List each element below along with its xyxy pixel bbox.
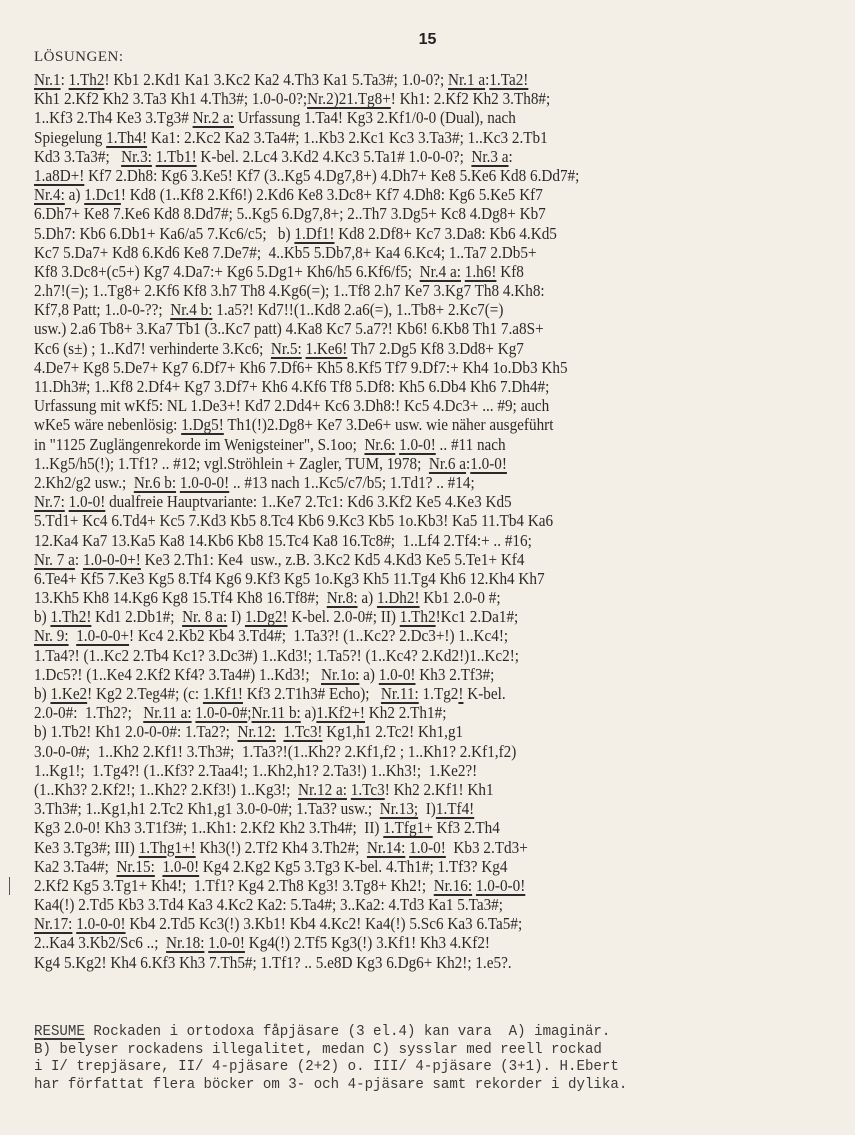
underlined-key-move: Nr.16:: [434, 876, 472, 895]
underlined-key-move: Nr.4:: [34, 185, 65, 204]
underlined-key-move: Nr.13;: [380, 799, 418, 818]
solution-line: Nr.1: 1.Th2! Kb1 2.Kd1 Ka1 3.Kc2 Ka2 4.T…: [34, 70, 839, 89]
text-run: 2.0-0#: 1.Th2?;: [34, 703, 143, 722]
solution-line: b) 1.Tb2! Kh1 2.0-0-0#: 1.Ta2?; Nr.12: 1…: [34, 722, 839, 741]
underlined-key-move: 1.0-0-0+: [76, 626, 129, 645]
underlined-key-move: 1.0-0!: [162, 857, 199, 876]
text-run: !Kc1 2.Da1#;: [436, 607, 519, 626]
underlined-key-move: Nr.2 a:: [193, 108, 234, 127]
text-run: a): [358, 588, 377, 607]
underlined-key-move: 1.0-0!: [409, 838, 446, 857]
resume-line: i I/ trepjäsare, II/ 4-pjäsare (2+2) o. …: [34, 1058, 627, 1076]
text-run: Kc7 5.Da7+ Kd8 6.Kd6 Ke8 7.De7#; 4..Kb5 …: [34, 243, 537, 262]
underlined-key-move: Nr.1o:: [321, 665, 359, 684]
text-run: Kf7,8 Patt; 1..0-0-??;: [34, 300, 170, 319]
text-run: K-bel. 2.0-0#; II): [288, 607, 400, 626]
text-run: 2.Kf2 Kg5 3.Tg1+ Kh4!; 1.Tf1? Kg4 2.Th8 …: [34, 876, 434, 895]
text-run: 1.Tg2: [419, 684, 459, 703]
solution-line: Kc6 (s±) ; 1..Kd7! verhinderte 3.Kc6; Nr…: [34, 339, 839, 358]
solution-line: 1..Kg5/h5(!); 1.Tf1? .. #12; vgl.Ströhle…: [34, 454, 839, 473]
text-run: 1..Kg5/h5(!); 1.Tf1? .. #12; vgl.Ströhle…: [34, 454, 429, 473]
solution-line: 1..Kg1!; 1.Tg4?! (1..Kf3? 2.Taa4!; 1..Kh…: [34, 761, 839, 780]
text-run: Th7 2.Dg5 Kf8 3.Dd8+ Kg7: [347, 339, 524, 358]
text-run: a): [65, 185, 84, 204]
text-run: B) belyser rockadens illegalitet, medan …: [34, 1040, 602, 1058]
text-run: ! Kh1: 2.Kf2 Kh2 3.Th8#;: [391, 89, 550, 108]
text-run: .. #13 nach 1..Kc5/c7/b5; 1.Td1? .. #14;: [229, 473, 474, 492]
text-run: 3.Th3#; 1..Kg1,h1 2.Tc2 Kh1,g1 3.0-0-0#;…: [34, 799, 380, 818]
solution-line: 6.Dh7+ Ke8 7.Ke6 Kd8 8.Dd7#; 5..Kg5 6.Dg…: [34, 204, 839, 223]
underlined-key-move: Nr.4 a:: [420, 262, 461, 281]
solution-line: 2.h7!(=); 1..Tg8+ 2.Kf6 Kf8 3.h7 Th8 4.K…: [34, 281, 839, 300]
solution-line: b) 1.Th2! Kd1 2.Db1#; Nr. 8 a: I) 1.Dg2!…: [34, 607, 839, 626]
text-run: Kg4(!) 2.Tf5 Kg3(!) 3.Kf1! Kh3 4.Kf2!: [245, 933, 490, 952]
text-run: Urfassung 1.Ta4! Kg3 2.Kf1/0-0 (Dual), n…: [234, 108, 516, 127]
solution-line: 2.Kh2/g2 usw.; Nr.6 b: 1.0-0-0! .. #13 n…: [34, 473, 839, 492]
text-run: Kd1 2.Db1#;: [91, 607, 182, 626]
text-run: b): [34, 684, 50, 703]
underlined-key-move: 1.0-0!: [399, 435, 436, 454]
text-run: .. #11 nach: [436, 435, 506, 454]
underlined-key-move: Nr.14:: [367, 838, 405, 857]
solution-line: Nr.17: 1.0-0-0! Kb4 2.Td5 Kc3(!) 3.Kb1! …: [34, 914, 839, 933]
text-run: Kh2 2.Th1#;: [365, 703, 446, 722]
text-run: Ka2 3.Ta4#;: [34, 857, 116, 876]
text-run: Kf3 2.T1h3# Echo);: [243, 684, 381, 703]
solution-line: Kd3 3.Ta3#; Nr.3: 1.Tb1! K-bel. 2.Lc4 3.…: [34, 147, 839, 166]
text-run: wKe5 wäre nebenlösig:: [34, 415, 181, 434]
text-run: Kh3 2.Tf3#;: [415, 665, 494, 684]
text-run: 2..Ka4 3.Kb2/Sc6 ..;: [34, 933, 166, 952]
underlined-key-move: 1.0-0!: [69, 492, 106, 511]
solution-line: Ke3 3.Tg3#; III) 1.Thg1+! Kh3(!) 2.Tf2 K…: [34, 838, 839, 857]
solution-line: in "1125 Zuglängenrekorde im Wenigsteine…: [34, 435, 839, 454]
text-run: 4.De7+ Kg8 5.De7+ Kg7 6.Df7+ Kh6 7.Df6+ …: [34, 358, 568, 377]
underlined-key-move: 1.Tb1!: [156, 147, 197, 166]
underlined-key-move: 1.Tf4!: [436, 799, 474, 818]
text-run: dualfreie Hauptvariante: 1..Ke7 2.Tc1: K…: [105, 492, 511, 511]
text-run: ! Kd8 (1..Kf8 2.Kf6!) 2.Kd6 Ke8 3.Dc8+ K…: [121, 185, 543, 204]
text-run: Kb1 2.0-0 #;: [420, 588, 501, 607]
text-run: 12.Ka4 Ka7 13.Ka5 Ka8 14.Kb6 Kb8 15.Tc4 …: [34, 531, 532, 550]
text-run: Th1(!)2.Dg8+ Ke7 3.De6+ usw. wie näher a…: [224, 415, 554, 434]
text-run: Ka4(!) 2.Td5 Kb3 3.Td4 Ka3 4.Kc2 Ka2: 5.…: [34, 895, 503, 914]
solution-line: Kc7 5.Da7+ Kd8 6.Kd6 Ke8 7.De7#; 4..Kb5 …: [34, 243, 839, 262]
underlined-key-move: 1.Tc3: [351, 780, 385, 799]
underlined-key-move: 1.Ta2!: [489, 70, 528, 89]
text-run: Ke3 3.Tg3#; III): [34, 838, 139, 857]
text-run: 1.a5?! Kd7!!(1..Kd8 2.a6(=), 1..Tb8+ 2.K…: [212, 300, 503, 319]
solution-line: b) 1.Ke2! Kg2 2.Teg4#; (c: 1.Kf1! Kf3 2.…: [34, 684, 839, 703]
text-run: 11.Dh3#; 1..Kf8 2.Df4+ Kg7 3.Df7+ Kh6 4.…: [34, 377, 549, 396]
underlined-key-move: Nr.11 b:: [252, 703, 301, 722]
underlined-key-move: 1.0-0-0#: [195, 703, 247, 722]
solution-line: 1..Kf3 2.Th4 Ke3 3.Tg3# Nr.2 a: Urfassun…: [34, 108, 839, 127]
underlined-key-move: 1.0-0!: [379, 665, 416, 684]
solution-line: Nr.4: a) 1.Dc1! Kd8 (1..Kf8 2.Kf6!) 2.Kd…: [34, 185, 839, 204]
text-run: K-bel.: [463, 684, 505, 703]
underlined-key-move: Nr.4 b:: [170, 300, 212, 319]
text-run: Kb4 2.Td5 Kc3(!) 3.Kb1! Kb4 4.Kc2! Ka4(!…: [126, 914, 523, 933]
underlined-key-move: 1.Th4!: [106, 128, 147, 147]
underlined-key-move: 1.Dc1: [84, 185, 121, 204]
solution-line: 2.Kf2 Kg5 3.Tg1+ Kh4!; 1.Tf1? Kg4 2.Th8 …: [34, 876, 839, 895]
text-run: Kg4 5.Kg2! Kh4 6.Kf3 Kh3 7.Th5#; 1.Tf1? …: [34, 953, 512, 972]
underlined-key-move: 1.Dh2!: [377, 588, 420, 607]
text-run: a): [359, 665, 378, 684]
text-run: ! Kc4 2.Kb2 Kb4 3.Td4#; 1.Ta3?! (1..Kc2?…: [129, 626, 508, 645]
resume-line: har författat flera böcker om 3- och 4-p…: [34, 1076, 627, 1094]
underlined-key-move: 1.Th2: [69, 70, 105, 89]
text-run: 1.Dc5?! (1..Ke4 2.Kf2 Kf4? 3.Ta4#) 1..Kd…: [34, 665, 321, 684]
text-run: Spiegelung: [34, 128, 106, 147]
solution-line: 1.a8D+! Kf7 2.Dh8: Kg6 3.Ke5! Kf7 (3..Kg…: [34, 166, 839, 185]
underlined-key-move: 1.a8D+!: [34, 166, 84, 185]
text-run: Ka1: 2.Kc2 Ka2 3.Ta4#; 1..Kb3 2.Kc1 Kc3 …: [147, 128, 548, 147]
underlined-key-move: 1.Th2: [400, 607, 436, 626]
underlined-key-move: Nr.17:: [34, 914, 72, 933]
text-run: 5.Td1+ Kc4 6.Td4+ Kc5 7.Kd3 Kb5 8.Tc4 Kb…: [34, 511, 553, 530]
text-run: 6.Dh7+ Ke8 7.Ke6 Kd8 8.Dd7#; 5..Kg5 6.Dg…: [34, 204, 546, 223]
underlined-key-move: 1.0-0!: [470, 454, 507, 473]
underlined-key-move: Nr.11 a:: [143, 703, 191, 722]
text-run: usw.) 2.a6 Tb8+ 3.Ka7 Tb1 (3..Kc7 patt) …: [34, 319, 544, 338]
underlined-key-move: Nr. 8 a:: [182, 607, 227, 626]
solution-line: 13.Kh5 Kh8 14.Kg6 Kg8 15.Tf4 Kh8 16.Tf8#…: [34, 588, 839, 607]
text-run: 6.Te4+ Kf5 7.Ke3 Kg5 8.Tf4 Kg6 9.Kf3 Kg5…: [34, 569, 545, 588]
solution-line: Spiegelung 1.Th4! Ka1: 2.Kc2 Ka2 3.Ta4#;…: [34, 128, 839, 147]
solution-line: Nr. 7 a: 1.0-0-0+! Ke3 2.Th1: Ke4 usw., …: [34, 550, 839, 569]
underlined-key-move: Nr.1 a: [448, 70, 485, 89]
underlined-key-move: Nr.6 b:: [134, 473, 176, 492]
text-run: in "1125 Zuglängenrekorde im Wenigsteine…: [34, 435, 364, 454]
text-run: ! Kh2 2.Kf1! Kh1: [385, 780, 494, 799]
section-heading: LÖSUNGEN:: [34, 49, 124, 66]
underlined-key-move: 1.Df1!: [294, 224, 334, 243]
solution-line: 11.Dh3#; 1..Kf8 2.Df4+ Kg7 3.Df7+ Kh6 4.…: [34, 377, 839, 396]
text-run: 2.h7!(=); 1..Tg8+ 2.Kf6 Kf8 3.h7 Th8 4.K…: [34, 281, 545, 300]
underlined-key-move: 21.Tg8+: [339, 89, 391, 108]
text-run: Urfassung mit wKf5: NL 1.De3+! Kd7 2.Dd4…: [34, 396, 549, 415]
underlined-key-move: Nr.8:: [327, 588, 358, 607]
solution-line: usw.) 2.a6 Tb8+ 3.Ka7 Tb1 (3..Kc7 patt) …: [34, 319, 839, 338]
solution-line: Kh1 2.Kf2 Kh2 3.Ta3 Kh1 4.Th3#; 1.0-0-0?…: [34, 89, 839, 108]
text-run: Kh3(!) 2.Tf2 Kh4 3.Th2#;: [196, 838, 367, 857]
text-run: [155, 857, 163, 876]
underlined-key-move: Nr.3 a: [471, 147, 508, 166]
text-run: Kh1 2.Kf2 Kh2 3.Ta3 Kh1 4.Th3#; 1.0-0-0?…: [34, 89, 307, 108]
underlined-key-move: 1.Dg5!: [181, 415, 224, 434]
text-run: Kg3 2.0-0! Kh3 3.T1f3#; 1..Kh1: 2.Kf2 Kh…: [34, 818, 383, 837]
text-run: I): [418, 799, 436, 818]
underlined-key-move: 1.0-0!: [208, 933, 245, 952]
solution-line: 2.0-0#: 1.Th2?; Nr.11 a: 1.0-0-0#;Nr.11 …: [34, 703, 839, 722]
text-run: Kg4 2.Kg2 Kg5 3.Tg3 K-bel. 4.Th1#; 1.Tf3…: [199, 857, 507, 876]
solution-line: 3.Th3#; 1..Kg1,h1 2.Tc2 Kh1,g1 3.0-0-0#;…: [34, 799, 839, 818]
solution-line: 1.Ta4?! (1..Kc2 2.Tb4 Kc1? 3.Dc3#) 1..Kd…: [34, 646, 839, 665]
solution-line: Kg4 5.Kg2! Kh4 6.Kf3 Kh3 7.Th5#; 1.Tf1? …: [34, 953, 839, 972]
text-run: :: [75, 550, 83, 569]
underlined-key-move: 1.0-0-0!: [76, 914, 125, 933]
underlined-key-move: 1.Thg1+!: [139, 838, 196, 857]
underlined-key-move: 1.Tfg1+: [383, 818, 432, 837]
solution-line: Ka2 3.Ta4#; Nr.15: 1.0-0! Kg4 2.Kg2 Kg5 …: [34, 857, 839, 876]
solution-line: 3.0-0-0#; 1..Kh2 2.Kf1! 3.Th3#; 1.Ta3?!(…: [34, 742, 839, 761]
underlined-key-move: 1.h6!: [465, 262, 497, 281]
solution-line: wKe5 wäre nebenlösig: 1.Dg5! Th1(!)2.Dg8…: [34, 415, 839, 434]
text-run: Kd8 2.Df8+ Kc7 3.Da8: Kb6 4.Kd5: [334, 224, 556, 243]
text-run: I): [227, 607, 245, 626]
text-run: [69, 626, 77, 645]
underlined-key-move: Nr. 7 a: [34, 550, 75, 569]
underlined-key-move: Nr.15:: [116, 857, 154, 876]
text-run: Kf8 3.Dc8+(c5+) Kg7 4.Da7:+ Kg6 5.Dg1+ K…: [34, 262, 420, 281]
underlined-key-move: 1.Kf2+!: [316, 703, 365, 722]
underlined-key-move: Nr.5:: [271, 339, 302, 358]
text-run: Kf7 2.Dh8: Kg6 3.Ke5! Kf7 (3..Kg5 4.Dg7,…: [84, 166, 579, 185]
text-run: b): [34, 607, 50, 626]
text-run: Kf8: [496, 262, 523, 281]
text-run: Ke3 2.Th1: Ke4 usw., z.B. 3.Kc2 Kd5 4.Kd…: [141, 550, 525, 569]
underlined-key-move: Nr.12:: [237, 722, 275, 741]
solution-line: 2..Ka4 3.Kb2/Sc6 ..; Nr.18: 1.0-0! Kg4(!…: [34, 933, 839, 952]
solution-line: Urfassung mit wKf5: NL 1.De3+! Kd7 2.Dd4…: [34, 396, 839, 415]
text-run: 2.Kh2/g2 usw.;: [34, 473, 134, 492]
underlined-key-move: Nr. 9:: [34, 626, 69, 645]
text-run: 3.0-0-0#; 1..Kh2 2.Kf1! 3.Th3#; 1.Ta3?!(…: [34, 742, 516, 761]
solution-line: 6.Te4+ Kf5 7.Ke3 Kg5 8.Tf4 Kg6 9.Kf3 Kg5…: [34, 569, 839, 588]
underlined-key-move: Nr.12 a:: [298, 780, 347, 799]
solution-line: 12.Ka4 Ka7 13.Ka5 Ka8 14.Kb6 Kb8 15.Tc4 …: [34, 531, 839, 550]
underlined-key-move: RESUME: [34, 1022, 85, 1040]
text-run: ! Kg2 2.Teg4#; (c:: [87, 684, 203, 703]
underlined-key-move: 1.Kf1!: [203, 684, 243, 703]
resume-paragraph: RESUME Rockaden i ortodoxa fåpjäsare (3 …: [34, 1023, 627, 1093]
text-run: Kg1,h1 2.Tc2! Kh1,g1: [322, 722, 463, 741]
underlined-key-move: 1.0-0-0+!: [83, 550, 141, 569]
solution-line: Kg3 2.0-0! Kh3 3.T1f3#; 1..Kh1: 2.Kf2 Kh…: [34, 818, 839, 837]
underlined-key-move: Nr.7:: [34, 492, 65, 511]
resume-line: B) belyser rockadens illegalitet, medan …: [34, 1041, 627, 1059]
underlined-key-move: 1.0-0-0!: [180, 473, 229, 492]
underlined-key-move: 1.0-0-0!: [476, 876, 525, 895]
text-run: K-bel. 2.Lc4 3.Kd2 4.Kc3 5.Ta1# 1.0-0-0?…: [197, 147, 472, 166]
text-run: 1..Kf3 2.Th4 Ke3 3.Tg3#: [34, 108, 193, 127]
underlined-key-move: Nr.2): [307, 89, 339, 108]
page-number: 15: [0, 31, 855, 49]
underlined-key-move: Nr.6:: [364, 435, 395, 454]
underlined-key-move: Nr.6 a: [429, 454, 466, 473]
solution-line: (1..Kh3? 2.Kf2!; 1..Kh2? 2.Kf3!) 1..Kg3!…: [34, 780, 839, 799]
text-run: a): [301, 703, 317, 722]
underlined-key-move: Nr.18:: [166, 933, 204, 952]
solution-line: Kf8 3.Dc8+(c5+) Kg7 4.Da7:+ Kg6 5.Dg1+ K…: [34, 262, 839, 281]
text-run: (1..Kh3? 2.Kf2!; 1..Kh2? 2.Kf3!) 1..Kg3!…: [34, 780, 298, 799]
underlined-key-move: 1.Ke6!: [306, 339, 348, 358]
underlined-key-move: Nr.11:: [381, 684, 419, 703]
text-run: [276, 722, 284, 741]
text-run: Kd3 3.Ta3#;: [34, 147, 121, 166]
underlined-key-move: 1.Ke2: [50, 684, 87, 703]
text-run: b) 1.Tb2! Kh1 2.0-0-0#: 1.Ta2?;: [34, 722, 237, 741]
text-run: Kb3 2.Td3+: [446, 838, 528, 857]
solution-line: Kf7,8 Patt; 1..0-0-??; Nr.4 b: 1.a5?! Kd…: [34, 300, 839, 319]
text-run: 5.Dh7: Kb6 6.Db1+ Ka6/a5 7.Kc6/c5; b): [34, 224, 294, 243]
text-run: 1..Kg1!; 1.Tg4?! (1..Kf3? 2.Taa4!; 1..Kh…: [34, 761, 477, 780]
solution-line: 5.Dh7: Kb6 6.Db1+ Ka6/a5 7.Kc6/c5; b) 1.…: [34, 224, 839, 243]
text-run: 1.Ta4?! (1..Kc2 2.Tb4 Kc1? 3.Dc3#) 1..Kd…: [34, 646, 519, 665]
text-run: Kf3 2.Th4: [433, 818, 500, 837]
underlined-key-move: 1.Dg2!: [245, 607, 288, 626]
text-run: i I/ trepjäsare, II/ 4-pjäsare (2+2) o. …: [34, 1057, 619, 1075]
text-run: har författat flera böcker om 3- och 4-p…: [34, 1075, 627, 1093]
text-run: 13.Kh5 Kh8 14.Kg6 Kg8 15.Tf4 Kh8 16.Tf8#…: [34, 588, 327, 607]
text-run: ! Kb1 2.Kd1 Ka1 3.Kc2 Ka2 4.Th3 Ka1 5.Ta…: [104, 70, 448, 89]
underlined-key-move: Nr.3:: [121, 147, 152, 166]
solution-line: Nr.7: 1.0-0! dualfreie Hauptvariante: 1.…: [34, 492, 839, 511]
solution-line: 4.De7+ Kg8 5.De7+ Kg7 6.Df7+ Kh6 7.Df6+ …: [34, 358, 839, 377]
resume-line: RESUME Rockaden i ortodoxa fåpjäsare (3 …: [34, 1023, 627, 1041]
underlined-key-move: 1.Tc3!: [283, 722, 322, 741]
text-run: Rockaden i ortodoxa fåpjäsare (3 el.4) k…: [85, 1022, 611, 1040]
solution-line: Nr. 9: 1.0-0-0+! Kc4 2.Kb2 Kb4 3.Td4#; 1…: [34, 626, 839, 645]
solution-line: 1.Dc5?! (1..Ke4 2.Kf2 Kf4? 3.Ta4#) 1..Kd…: [34, 665, 839, 684]
underlined-key-move: Nr.1: [34, 70, 61, 89]
text-run: Kc6 (s±) ; 1..Kd7! verhinderte 3.Kc6;: [34, 339, 271, 358]
solution-line: Ka4(!) 2.Td5 Kb3 3.Td4 Ka3 4.Kc2 Ka2: 5.…: [34, 895, 839, 914]
solutions-body: Nr.1: 1.Th2! Kb1 2.Kd1 Ka1 3.Kc2 Ka2 4.T…: [34, 70, 839, 972]
margin-mark: [9, 877, 10, 895]
underlined-key-move: 1.Th2!: [50, 607, 91, 626]
text-run: :: [509, 147, 513, 166]
solution-line: 5.Td1+ Kc4 6.Td4+ Kc5 7.Kd3 Kb5 8.Tc4 Kb…: [34, 511, 839, 530]
